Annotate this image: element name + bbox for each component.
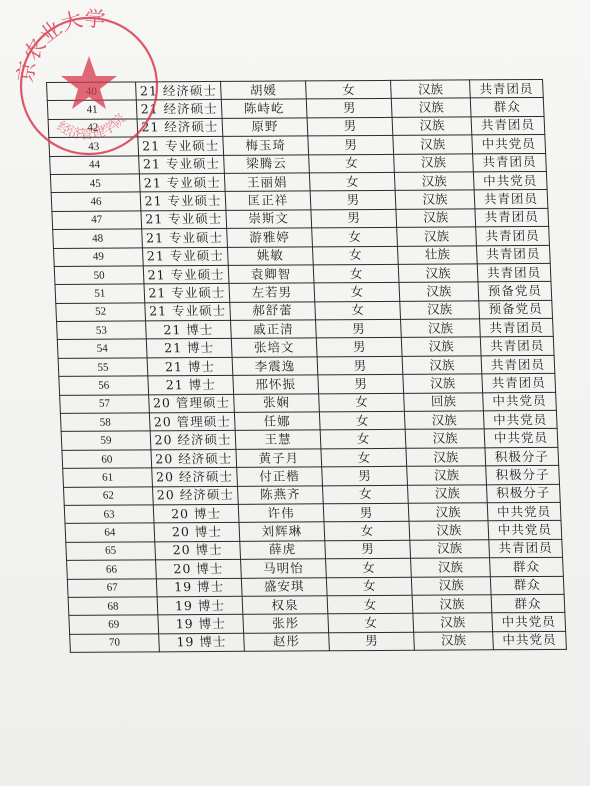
name-cell: 梅玉琦 bbox=[223, 136, 309, 155]
gender-cell: 女 bbox=[327, 595, 413, 614]
ethnicity-cell: 汉族 bbox=[407, 466, 487, 485]
political-status-cell: 共青团员 bbox=[474, 190, 548, 209]
ethnicity-cell: 汉族 bbox=[394, 172, 474, 191]
name-cell: 赵彤 bbox=[244, 633, 330, 652]
gender-cell: 女 bbox=[312, 227, 398, 246]
class-cell: 21 专业硕士 bbox=[145, 302, 231, 321]
name-cell: 盛安琪 bbox=[241, 577, 327, 596]
ethnicity-cell: 汉族 bbox=[412, 595, 492, 614]
political-status-cell: 共青团员 bbox=[470, 79, 544, 98]
class-cell: 21 专业硕士 bbox=[139, 173, 225, 192]
gender-cell: 女 bbox=[312, 246, 398, 265]
class-cell: 19 博士 bbox=[158, 615, 244, 634]
name-cell: 黄子月 bbox=[236, 449, 322, 468]
gender-cell: 女 bbox=[324, 522, 410, 541]
gender-cell: 男 bbox=[310, 191, 396, 210]
gender-cell: 男 bbox=[307, 117, 393, 136]
gender-cell: 女 bbox=[326, 577, 412, 596]
name-cell: 刘辉琳 bbox=[239, 522, 325, 541]
name-cell: 戚正清 bbox=[231, 320, 317, 339]
roster-table-body: 4021 经济硕士胡媛女汉族共青团员4121 经济硕士陈峙屹男汉族群众4221 … bbox=[47, 79, 567, 652]
ethnicity-cell: 汉族 bbox=[402, 356, 482, 375]
row-number: 56 bbox=[59, 376, 149, 395]
table-row: 7019 博士赵彤男汉族中共党员 bbox=[70, 631, 567, 652]
ethnicity-cell: 汉族 bbox=[392, 117, 472, 136]
row-number: 45 bbox=[50, 174, 140, 193]
political-status-cell: 群众 bbox=[470, 98, 544, 117]
political-status-cell: 共青团员 bbox=[471, 116, 545, 135]
class-cell: 19 博士 bbox=[157, 596, 243, 615]
row-number: 43 bbox=[49, 137, 139, 156]
ethnicity-cell: 汉族 bbox=[391, 98, 471, 117]
class-cell: 19 博士 bbox=[156, 578, 242, 597]
gender-cell: 男 bbox=[318, 375, 404, 394]
gender-cell: 女 bbox=[326, 558, 412, 577]
political-status-cell: 中共党员 bbox=[484, 429, 558, 448]
row-number: 51 bbox=[55, 284, 145, 303]
row-number: 68 bbox=[68, 597, 158, 616]
political-status-cell: 共青团员 bbox=[475, 208, 549, 227]
row-number: 69 bbox=[69, 615, 159, 634]
political-status-cell: 积极分子 bbox=[486, 484, 560, 503]
name-cell: 袁卿智 bbox=[228, 265, 314, 284]
ethnicity-cell: 汉族 bbox=[411, 576, 491, 595]
name-cell: 游雅婷 bbox=[227, 228, 313, 247]
class-cell: 20 博士 bbox=[155, 541, 241, 560]
name-cell: 付正楷 bbox=[237, 467, 323, 486]
gender-cell: 女 bbox=[321, 448, 407, 467]
name-cell: 马明怡 bbox=[241, 559, 327, 578]
row-number: 70 bbox=[70, 634, 160, 653]
ethnicity-cell: 汉族 bbox=[414, 632, 494, 651]
gender-cell: 男 bbox=[308, 136, 394, 155]
political-status-cell: 中共党员 bbox=[487, 502, 561, 521]
row-number: 49 bbox=[53, 247, 143, 266]
political-status-cell: 群众 bbox=[490, 558, 564, 577]
ethnicity-cell: 汉族 bbox=[408, 503, 488, 522]
political-status-cell: 中共党员 bbox=[488, 521, 562, 540]
political-status-cell: 预备党员 bbox=[478, 282, 552, 301]
class-cell: 21 专业硕士 bbox=[140, 192, 226, 211]
class-cell: 21 博士 bbox=[146, 339, 232, 358]
class-cell: 21 博士 bbox=[146, 320, 232, 339]
roster-table: 4021 经济硕士胡媛女汉族共青团员4121 经济硕士陈峙屹男汉族群众4221 … bbox=[46, 79, 567, 653]
political-status-cell: 积极分子 bbox=[486, 466, 560, 485]
ethnicity-cell: 汉族 bbox=[409, 521, 489, 540]
row-number: 54 bbox=[57, 339, 147, 358]
political-status-cell: 中共党员 bbox=[473, 171, 547, 190]
gender-cell: 女 bbox=[322, 485, 408, 504]
political-status-cell: 共青团员 bbox=[482, 374, 556, 393]
name-cell: 姚敏 bbox=[227, 246, 313, 265]
row-number: 47 bbox=[52, 211, 142, 230]
class-cell: 21 博士 bbox=[148, 376, 234, 395]
name-cell: 许伟 bbox=[238, 504, 324, 523]
name-cell: 左若男 bbox=[229, 283, 315, 302]
class-cell: 20 博士 bbox=[156, 559, 242, 578]
ethnicity-cell: 汉族 bbox=[411, 558, 491, 577]
gender-cell: 女 bbox=[319, 411, 405, 430]
political-status-cell: 中共党员 bbox=[492, 613, 566, 632]
class-cell: 21 专业硕士 bbox=[139, 155, 225, 174]
ethnicity-cell: 汉族 bbox=[394, 153, 474, 172]
political-status-cell: 共青团员 bbox=[477, 263, 551, 282]
ethnicity-cell: 汉族 bbox=[404, 411, 484, 430]
class-cell: 20 管理硕士 bbox=[149, 412, 235, 431]
gender-cell: 男 bbox=[316, 319, 402, 338]
gender-cell: 女 bbox=[313, 264, 399, 283]
political-status-cell: 共青团员 bbox=[481, 355, 555, 374]
name-cell: 张彤 bbox=[243, 614, 329, 633]
political-status-cell: 共青团员 bbox=[480, 318, 554, 337]
row-number: 46 bbox=[51, 192, 141, 211]
ethnicity-cell: 汉族 bbox=[405, 429, 485, 448]
ethnicity-cell: 回族 bbox=[404, 392, 484, 411]
class-cell: 21 专业硕士 bbox=[144, 284, 230, 303]
row-number: 57 bbox=[60, 395, 150, 414]
row-number: 50 bbox=[54, 266, 144, 285]
ethnicity-cell: 汉族 bbox=[403, 374, 483, 393]
ethnicity-cell: 汉族 bbox=[400, 301, 480, 320]
gender-cell: 女 bbox=[320, 430, 406, 449]
class-cell: 20 博士 bbox=[154, 523, 240, 542]
gender-cell: 女 bbox=[328, 614, 414, 633]
class-cell: 20 管理硕士 bbox=[149, 394, 235, 413]
ethnicity-cell: 汉族 bbox=[399, 282, 479, 301]
ethnicity-cell: 汉族 bbox=[395, 190, 475, 209]
scanned-page: 4021 经济硕士胡媛女汉族共青团员4121 经济硕士陈峙屹男汉族群众4221 … bbox=[0, 0, 590, 786]
row-number: 52 bbox=[56, 303, 146, 322]
political-status-cell: 共青团员 bbox=[476, 227, 550, 246]
row-number: 55 bbox=[58, 358, 148, 377]
ethnicity-cell: 汉族 bbox=[406, 448, 486, 467]
name-cell: 王丽娟 bbox=[224, 173, 310, 192]
class-cell: 21 经济硕士 bbox=[136, 100, 222, 119]
name-cell: 陈峙屹 bbox=[221, 99, 307, 118]
row-number: 62 bbox=[63, 486, 153, 505]
gender-cell: 女 bbox=[306, 80, 392, 99]
ethnicity-cell: 汉族 bbox=[410, 540, 490, 559]
name-cell: 陈燕齐 bbox=[237, 485, 323, 504]
name-cell: 张培文 bbox=[231, 338, 317, 357]
row-number: 42 bbox=[48, 119, 138, 138]
row-number: 59 bbox=[61, 431, 151, 450]
row-number: 64 bbox=[65, 523, 155, 542]
gender-cell: 男 bbox=[325, 540, 411, 559]
name-cell: 任娜 bbox=[234, 412, 320, 431]
name-cell: 郝舒蕾 bbox=[230, 302, 316, 321]
row-number: 44 bbox=[50, 155, 140, 174]
row-number: 48 bbox=[53, 229, 143, 248]
row-number: 66 bbox=[67, 560, 157, 579]
gender-cell: 女 bbox=[315, 301, 401, 320]
name-cell: 王慧 bbox=[235, 430, 321, 449]
class-cell: 20 经济硕士 bbox=[151, 449, 237, 468]
class-cell: 21 专业硕士 bbox=[142, 229, 228, 248]
class-cell: 20 经济硕士 bbox=[152, 486, 238, 505]
seal-outer-text: 京农业大学 bbox=[14, 8, 106, 84]
gender-cell: 男 bbox=[329, 632, 415, 651]
name-cell: 胡媛 bbox=[221, 81, 307, 100]
political-status-cell: 共青团员 bbox=[489, 539, 563, 558]
ethnicity-cell: 汉族 bbox=[401, 319, 481, 338]
ethnicity-cell: 汉族 bbox=[391, 80, 471, 99]
political-status-cell: 共青团员 bbox=[480, 337, 554, 356]
name-cell: 崇斯文 bbox=[226, 210, 312, 229]
class-cell: 20 博士 bbox=[153, 504, 239, 523]
row-number: 67 bbox=[67, 578, 157, 597]
gender-cell: 男 bbox=[316, 338, 402, 357]
ethnicity-cell: 汉族 bbox=[397, 227, 477, 246]
political-status-cell: 预备党员 bbox=[479, 300, 553, 319]
gender-cell: 男 bbox=[322, 467, 408, 486]
ethnicity-cell: 壮族 bbox=[397, 245, 477, 264]
class-cell: 20 经济硕士 bbox=[150, 431, 236, 450]
row-number: 41 bbox=[47, 100, 137, 119]
gender-cell: 女 bbox=[319, 393, 405, 412]
political-status-cell: 群众 bbox=[491, 594, 565, 613]
political-status-cell: 积极分子 bbox=[485, 447, 559, 466]
name-cell: 张娴 bbox=[234, 393, 320, 412]
name-cell: 李震逸 bbox=[232, 357, 318, 376]
political-status-cell: 中共党员 bbox=[483, 392, 557, 411]
row-number: 58 bbox=[60, 413, 150, 432]
name-cell: 原野 bbox=[222, 118, 308, 137]
gender-cell: 男 bbox=[306, 99, 392, 118]
gender-cell: 女 bbox=[309, 172, 395, 191]
row-number: 60 bbox=[62, 450, 152, 469]
row-number: 63 bbox=[64, 505, 154, 524]
class-cell: 19 博士 bbox=[159, 633, 245, 652]
political-status-cell: 共青团员 bbox=[473, 153, 547, 172]
ethnicity-cell: 汉族 bbox=[398, 264, 478, 283]
class-cell: 21 专业硕士 bbox=[138, 137, 224, 156]
political-status-cell: 中共党员 bbox=[493, 631, 567, 650]
ethnicity-cell: 汉族 bbox=[407, 484, 487, 503]
row-number: 65 bbox=[66, 542, 156, 561]
political-status-cell: 中共党员 bbox=[483, 410, 557, 429]
political-status-cell: 群众 bbox=[490, 576, 564, 595]
roster-table-wrap: 4021 经济硕士胡媛女汉族共青团员4121 经济硕士陈峙屹男汉族群众4221 … bbox=[46, 79, 567, 653]
gender-cell: 男 bbox=[323, 503, 409, 522]
row-number: 61 bbox=[63, 468, 153, 487]
class-cell: 21 专业硕士 bbox=[142, 247, 228, 266]
class-cell: 20 经济硕士 bbox=[152, 468, 238, 487]
gender-cell: 男 bbox=[317, 356, 403, 375]
ethnicity-cell: 汉族 bbox=[401, 337, 481, 356]
row-number: 53 bbox=[57, 321, 147, 340]
political-status-cell: 共青团员 bbox=[476, 245, 550, 264]
ethnicity-cell: 汉族 bbox=[393, 135, 473, 154]
class-cell: 21 专业硕士 bbox=[143, 265, 229, 284]
class-cell: 21 经济硕士 bbox=[137, 118, 223, 137]
class-cell: 21 经济硕士 bbox=[136, 81, 222, 100]
name-cell: 匡正祥 bbox=[225, 191, 311, 210]
class-cell: 21 博士 bbox=[147, 357, 233, 376]
name-cell: 权泉 bbox=[242, 596, 328, 615]
class-cell: 21 专业硕士 bbox=[141, 210, 227, 229]
political-status-cell: 中共党员 bbox=[472, 135, 546, 154]
name-cell: 邢怀振 bbox=[233, 375, 319, 394]
gender-cell: 女 bbox=[314, 283, 400, 302]
gender-cell: 男 bbox=[311, 209, 397, 228]
row-number: 40 bbox=[47, 82, 137, 101]
ethnicity-cell: 汉族 bbox=[413, 613, 493, 632]
name-cell: 梁腾云 bbox=[224, 154, 310, 173]
gender-cell: 女 bbox=[309, 154, 395, 173]
name-cell: 薛虎 bbox=[240, 541, 326, 560]
ethnicity-cell: 汉族 bbox=[396, 209, 476, 228]
